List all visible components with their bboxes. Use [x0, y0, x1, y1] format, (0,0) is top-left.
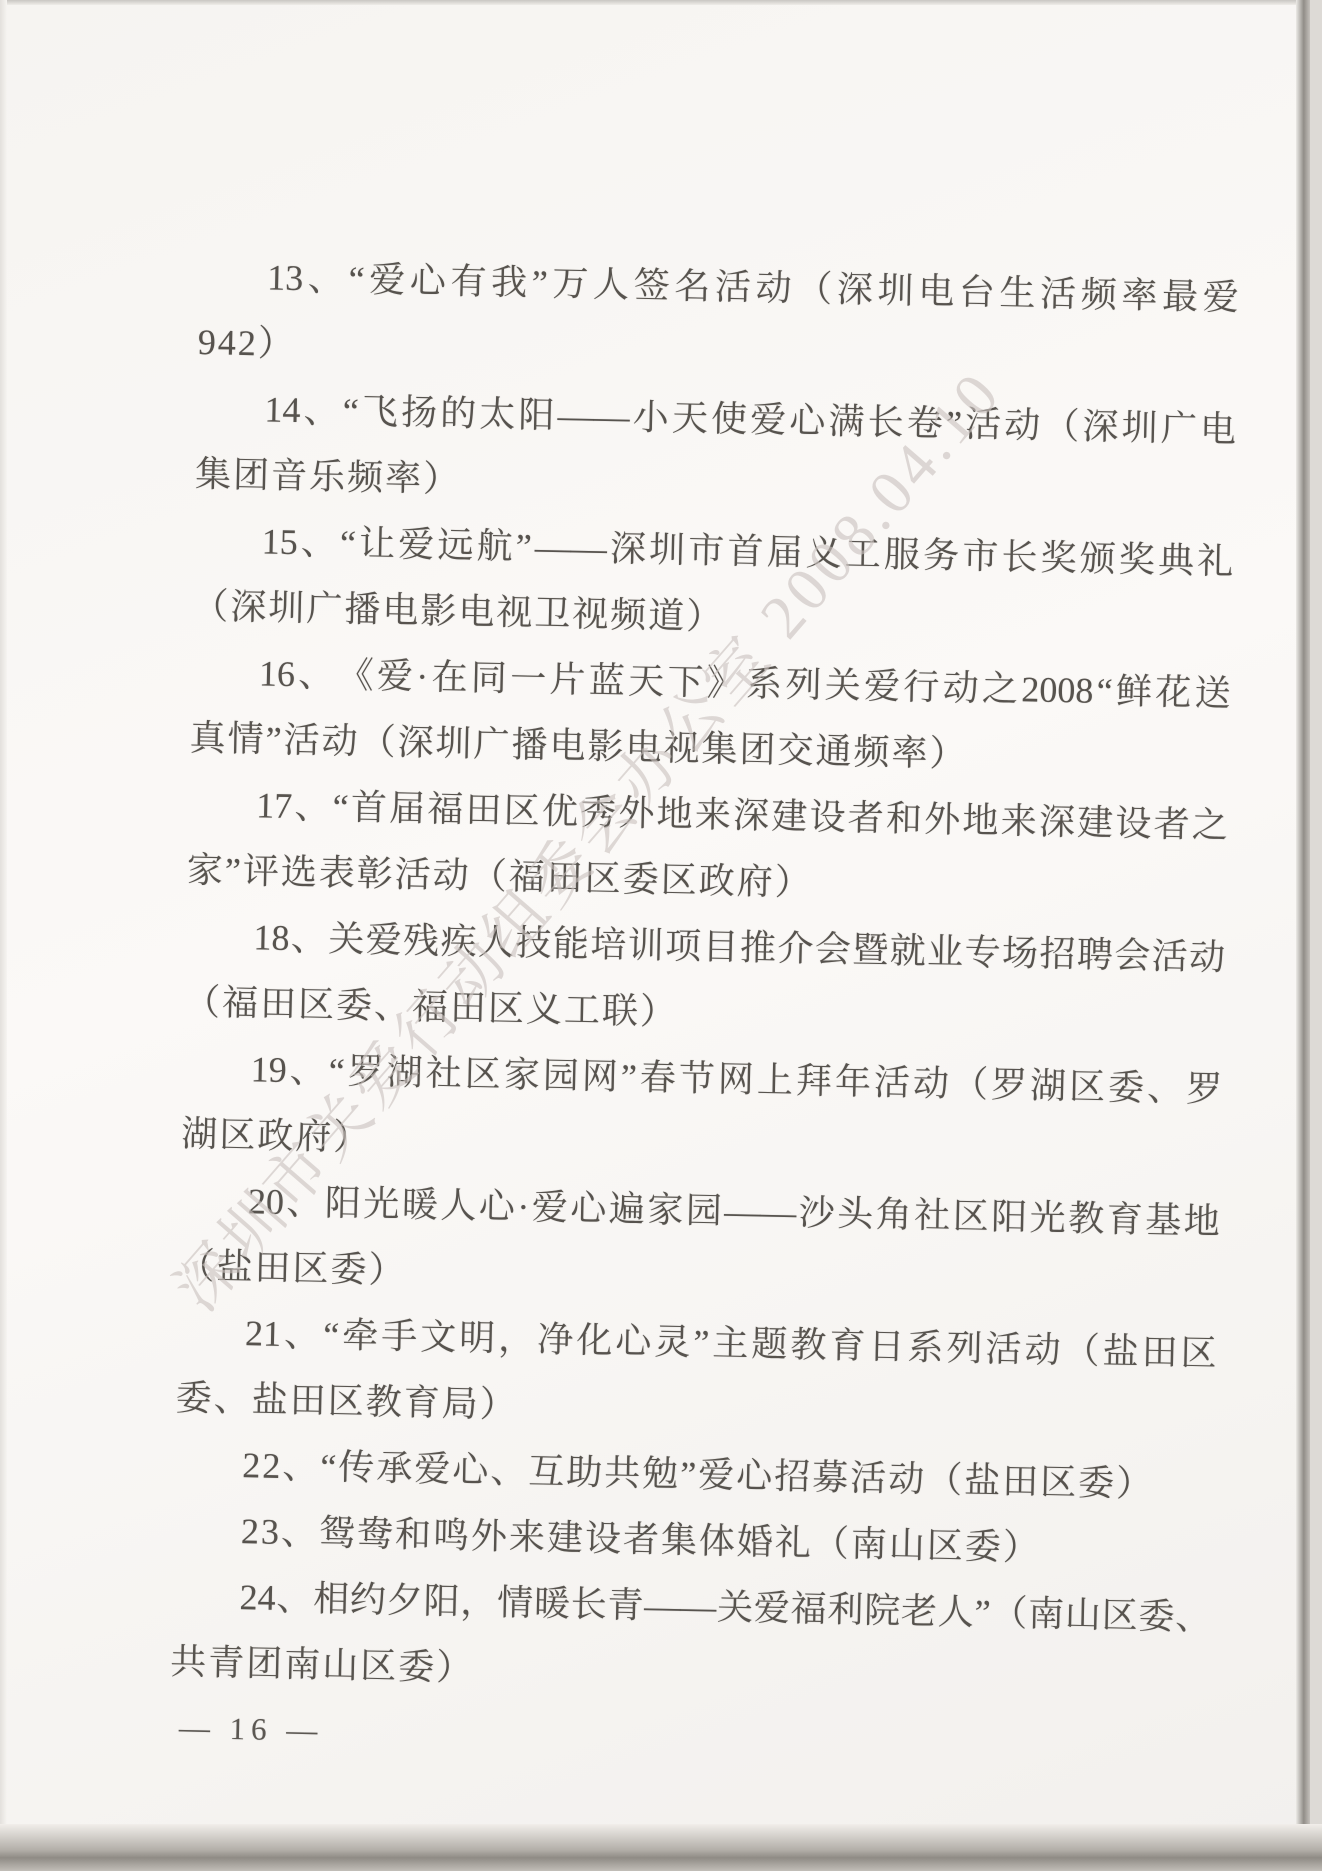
- scan-edge-right-outer: [1310, 0, 1322, 1871]
- scan-edge-top: [0, 0, 1322, 5]
- scan-edge-right: [1296, 0, 1310, 1871]
- scan-edge-left: [0, 0, 7, 1871]
- scan-edge-bottom: [0, 1824, 1322, 1871]
- scanned-document-page: { "document": { "rows": [ {"text":"13、“爱…: [0, 0, 1322, 1871]
- document-rows: 13、“爱心有我”万人签名活动（深圳电台生活频率最爱942）14、“飞扬的太阳—…: [170, 243, 1240, 1716]
- document-body: 13、“爱心有我”万人签名活动（深圳电台生活频率最爱942）14、“飞扬的太阳—…: [168, 243, 1240, 1782]
